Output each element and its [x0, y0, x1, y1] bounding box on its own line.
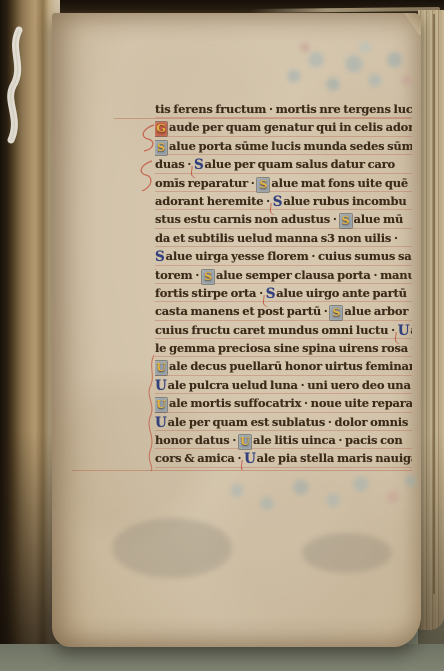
text-run: stus estu carnis non adustus · — [155, 212, 340, 226]
text-run: cors & amica · — [155, 451, 244, 465]
text-line: honor datus · Uale litis uinca · pacis c… — [155, 431, 412, 449]
table-surface — [0, 644, 444, 671]
illuminated-initial: G — [155, 122, 167, 136]
text-block: tis ferens fructum · mortis nre tergens … — [155, 100, 412, 470]
showthrough-smudge — [112, 518, 232, 578]
text-run: alue rubus incombu — [283, 194, 406, 208]
text-run: ale decus puellarū honor uirtus feminarū — [169, 359, 412, 373]
text-line: torem · Salue semper clausa porta · manu — [155, 266, 412, 284]
text-line: Gaude per quam genatur qui in celis ador… — [155, 118, 412, 136]
showthrough-smudge — [302, 533, 392, 573]
text-run: alue arbor — [344, 304, 408, 318]
illuminated-initial: S — [155, 141, 167, 155]
text-run: alue semper clausa porta · manu — [216, 268, 412, 282]
illuminated-initial: U — [244, 450, 256, 469]
text-line: Salue porta sūme lucis munda sedes sūmi — [155, 137, 412, 155]
text-line: casta manens et post partū · Salue arbor — [155, 302, 412, 320]
text-run: cuius fructu caret mundus omni luctu · — [155, 323, 398, 337]
text-line: cors & amica · Uale pia stella maris nau… — [155, 449, 412, 467]
illuminated-initial: U — [155, 398, 167, 412]
text-run: alue uirga yesse florem · cuius sumus sa… — [166, 249, 412, 263]
text-run: adorant heremite · — [155, 194, 273, 208]
illuminated-initial: U — [239, 435, 251, 449]
illuminated-initial: U — [398, 322, 410, 341]
text-run: fortis stirpe orta · — [155, 286, 266, 300]
text-run: casta manens et post partū · — [155, 304, 330, 318]
text-run: le gemma preciosa sine spina uirens rosa… — [155, 341, 412, 355]
illuminated-initial: S — [340, 214, 352, 228]
ribbon-bookmark — [3, 26, 37, 146]
text-run: alue mū — [354, 212, 404, 226]
manuscript-photo: tis ferens fructum · mortis nre tergens … — [0, 0, 444, 671]
text-run: a — [410, 323, 412, 337]
text-run: alue uirgo ante partū — [276, 286, 406, 300]
text-run: da et subtilis uelud manna s3 non uilis … — [155, 231, 398, 245]
parchment-page: tis ferens fructum · mortis nre tergens … — [52, 13, 421, 647]
text-line: Uale mortis suffocatrix · noue uite repa… — [155, 394, 412, 412]
ruling-line-bottom — [72, 470, 412, 471]
text-run: aude per quam genatur qui in celis adora… — [169, 120, 412, 134]
text-line: fortis stirpe orta · Salue uirgo ante pa… — [155, 284, 412, 302]
text-line: Uale pulcra uelud luna · uni uero deo un… — [155, 376, 412, 394]
text-run: alue mat fons uite quē — [271, 176, 408, 190]
text-line: cuius fructu caret mundus omni luctu · U… — [155, 321, 412, 339]
text-line: le gemma preciosa sine spina uirens rosa… — [155, 339, 412, 357]
illuminated-initial: S — [330, 306, 342, 320]
text-run: ale litis uinca · pacis con — [253, 433, 403, 447]
fore-edge-shadow — [418, 430, 444, 650]
text-run: torem · — [155, 268, 202, 282]
illuminated-initial: S — [266, 285, 276, 304]
illuminated-initial: S — [273, 193, 283, 212]
text-line: adorant heremite · Salue rubus incombu — [155, 192, 412, 210]
illuminated-initial: S — [194, 156, 204, 175]
illuminated-initial: S — [155, 248, 165, 267]
illuminated-initial: U — [155, 414, 167, 433]
text-line: stus estu carnis non adustus · Salue mū — [155, 210, 412, 228]
text-run: ale pia stella maris nauigantiū — [257, 451, 412, 465]
text-line: tis ferens fructum · mortis nre tergens … — [155, 100, 412, 118]
text-run: ale pulcra uelud luna · uni uero deo una — [168, 378, 411, 392]
text-line: duas · Salue per quam salus datur caro — [155, 155, 412, 173]
illuminated-initial: U — [155, 361, 167, 375]
text-run: omīs reparatur · — [155, 176, 257, 190]
text-run: alue per quam salus datur caro — [205, 157, 396, 171]
text-run: honor datus · — [155, 433, 239, 447]
text-line: Salue uirga yesse florem · cuius sumus s… — [155, 247, 412, 265]
gutter-bottom-shadow — [0, 430, 60, 671]
text-run: tis ferens fructum · mortis nre tergens … — [155, 102, 412, 116]
text-run: alue porta sūme lucis munda sedes sūmi — [169, 139, 412, 153]
floral-showthrough-bottom — [217, 465, 417, 529]
text-run: ale mortis suffocatrix · noue uite repar… — [169, 396, 412, 410]
text-run: ale per quam est sublatus · dolor omnis — [168, 415, 409, 429]
text-line: da et subtilis uelud manna s3 non uilis … — [155, 229, 412, 247]
text-line: Uale per quam est sublatus · dolor omnis — [155, 413, 412, 431]
illuminated-initial: S — [257, 178, 269, 192]
text-line: Uale decus puellarū honor uirtus feminar… — [155, 357, 412, 375]
text-run: duas · — [155, 157, 194, 171]
illuminated-initial: U — [155, 377, 167, 396]
illuminated-initial: S — [202, 270, 214, 284]
